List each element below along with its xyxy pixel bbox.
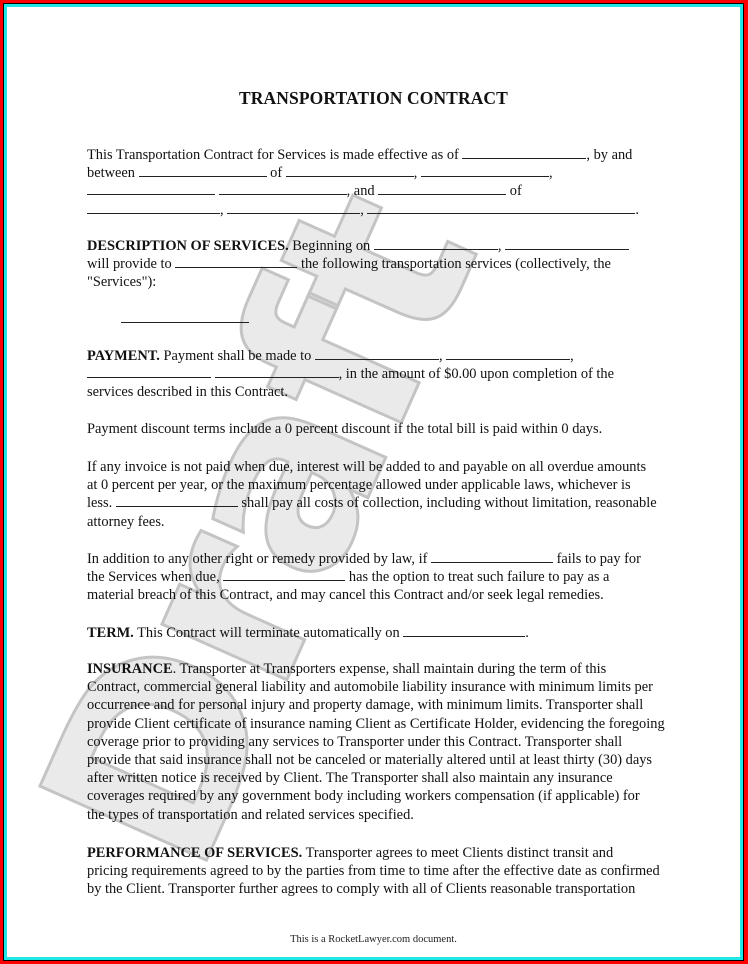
party2-state-zip-blank[interactable] — [367, 201, 635, 214]
interest-paragraph: If any invoice is not paid when due, int… — [87, 458, 667, 531]
section-heading: DESCRIPTION OF SERVICES. — [87, 238, 289, 254]
section-heading: TERM. — [87, 625, 134, 641]
termination-date-blank[interactable] — [403, 624, 525, 637]
defaulting-party-blank[interactable] — [431, 550, 553, 563]
remedy-paragraph: In addition to any other right or remedy… — [87, 550, 667, 605]
party2-address-blank[interactable] — [87, 201, 220, 214]
section-heading: PERFORMANCE OF SERVICES. — [87, 845, 302, 861]
payee-city-blank[interactable] — [87, 365, 211, 378]
term-section: TERM. This Contract will terminate autom… — [87, 624, 667, 642]
payment-section: PAYMENT. Payment shall be made to , , , … — [87, 347, 667, 438]
non-defaulting-party-blank[interactable] — [223, 568, 345, 581]
document-page: Draft TRANSPORTATION CONTRACT This Trans… — [7, 7, 740, 957]
transporter-name-blank[interactable] — [505, 237, 629, 250]
description-of-services-section: DESCRIPTION OF SERVICES. Beginning on , … — [87, 237, 667, 328]
start-date-blank[interactable] — [374, 237, 498, 250]
party1-state-blank[interactable] — [87, 182, 215, 195]
document-title: TRANSPORTATION CONTRACT — [7, 88, 740, 109]
party1-name-blank[interactable] — [139, 164, 267, 177]
insurance-section: INSURANCE. Transporter at Transporters e… — [87, 660, 667, 824]
document-footer: This is a RocketLawyer.com document. — [7, 934, 740, 945]
party1-address-blank[interactable] — [286, 164, 414, 177]
client-name-blank[interactable] — [175, 255, 297, 268]
services-list-blank[interactable] — [121, 310, 249, 323]
payee-name-blank[interactable] — [315, 347, 439, 360]
party1-city-blank[interactable] — [421, 164, 549, 177]
payee-state-zip-blank[interactable] — [215, 365, 339, 378]
effective-date-blank[interactable] — [462, 146, 586, 159]
performance-of-services-section: PERFORMANCE OF SERVICES. Transporter agr… — [87, 844, 667, 899]
party1-zip-blank[interactable] — [219, 182, 347, 195]
party2-city-blank[interactable] — [227, 201, 360, 214]
intro-paragraph: This Transportation Contract for Service… — [87, 146, 667, 219]
section-heading: PAYMENT. — [87, 348, 160, 364]
party2-name-blank[interactable] — [378, 182, 506, 195]
section-heading: INSURANCE — [87, 661, 173, 677]
collection-party-blank[interactable] — [116, 494, 238, 507]
payee-address-blank[interactable] — [446, 347, 570, 360]
